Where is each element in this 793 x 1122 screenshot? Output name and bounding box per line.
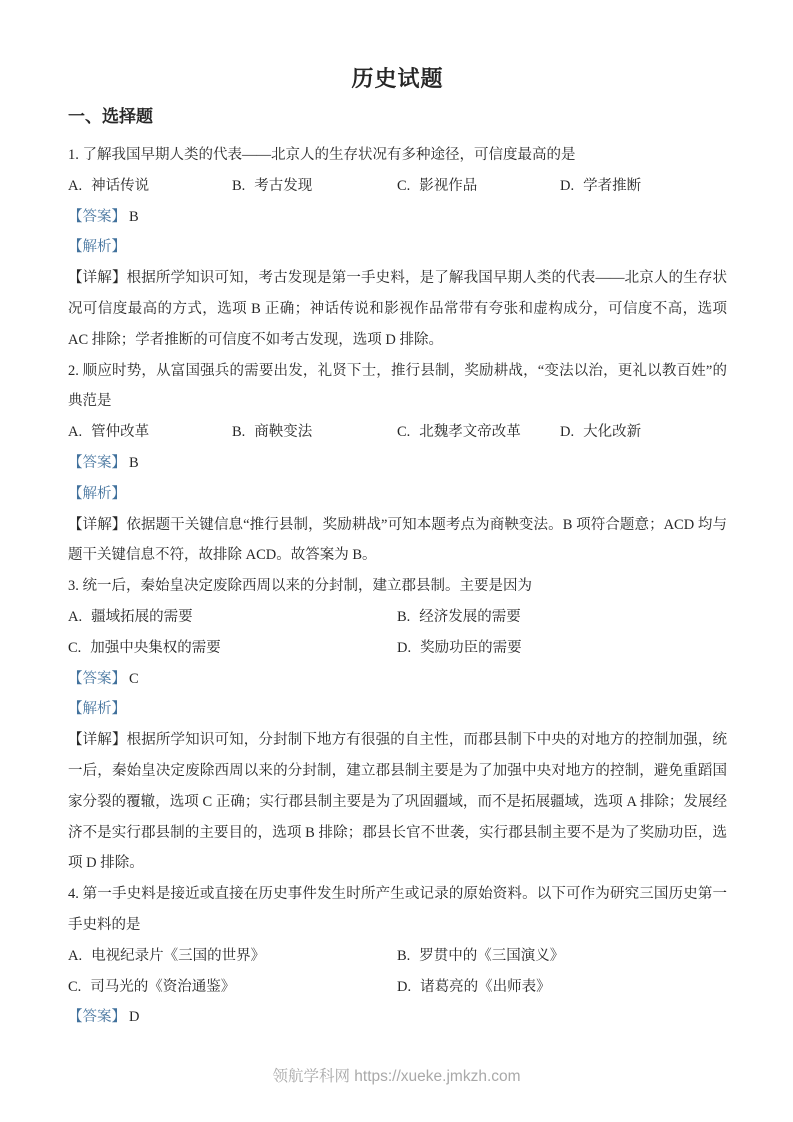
answer-label: 【答案】 [68, 671, 126, 687]
option-c: C.北魏孝文帝改革 [397, 417, 560, 448]
option-letter: A. [68, 424, 82, 440]
option-text: 影视作品 [419, 178, 477, 194]
answer-line: 【答案】B [68, 202, 727, 233]
option-text: 考古发现 [254, 178, 312, 194]
option-text: 罗贯中的《三国演义》 [419, 948, 564, 964]
option-text: 奖励功臣的需要 [420, 640, 522, 656]
option-letter: B. [232, 178, 245, 194]
answer-label: 【答案】 [68, 455, 126, 471]
question-stem: 1. 了解我国早期人类的代表——北京人的生存状况有多种途径，可信度最高的是 [68, 140, 727, 171]
question-stem: 3. 统一后，秦始皇决定废除西周以来的分封制，建立郡县制。主要是因为 [68, 571, 727, 602]
option-text: 学者推断 [583, 178, 641, 194]
option-b: B.罗贯中的《三国演义》 [397, 941, 727, 972]
option-c: C.加强中央集权的需要 [68, 633, 397, 664]
options-grid: A.电视纪录片《三国的世界》 B.罗贯中的《三国演义》 C.司马光的《资治通鉴》… [68, 941, 727, 1003]
answer-line: 【答案】B [68, 448, 727, 479]
section-heading: 一、选择题 [68, 104, 727, 130]
answer-line: 【答案】C [68, 664, 727, 695]
option-text: 电视纪录片《三国的世界》 [91, 948, 265, 964]
options-row: A.神话传说 B.考古发现 C.影视作品 D.学者推断 [68, 171, 727, 202]
option-a: A.管仲改革 [68, 417, 232, 448]
page-title: 历史试题 [68, 62, 727, 96]
detail-paragraph: 【详解】根据所学知识可知，考古发现是第一手史料，是了解我国早期人类的代表——北京… [68, 263, 727, 355]
analysis-line: 【解析】 [68, 694, 727, 725]
option-a: A.神话传说 [68, 171, 232, 202]
answer-value: D [129, 1009, 139, 1025]
analysis-label: 【解析】 [68, 239, 126, 255]
option-letter: A. [68, 948, 82, 964]
option-a: A.疆域拓展的需要 [68, 602, 397, 633]
question-block-2: 2. 顺应时势，从富国强兵的需要出发，礼贤下士，推行县制，奖励耕战，“变法以治，… [68, 356, 727, 572]
option-c: C.司马光的《资治通鉴》 [68, 972, 397, 1003]
option-letter: A. [68, 178, 82, 194]
option-letter: D. [560, 424, 574, 440]
options-row: A.管仲改革 B.商鞅变法 C.北魏孝文帝改革 D.大化改新 [68, 417, 727, 448]
answer-line: 【答案】D [68, 1002, 727, 1033]
option-letter: D. [560, 178, 574, 194]
detail-label: 【详解】 [68, 732, 127, 748]
detail-label: 【详解】 [68, 517, 126, 533]
option-b: B.商鞅变法 [232, 417, 397, 448]
answer-value: B [129, 455, 139, 471]
option-letter: B. [397, 609, 410, 625]
option-c: C.影视作品 [397, 171, 560, 202]
option-letter: C. [397, 424, 410, 440]
option-text: 北魏孝文帝改革 [419, 424, 521, 440]
option-text: 诸葛亮的《出师表》 [420, 979, 551, 995]
analysis-line: 【解析】 [68, 232, 727, 263]
option-text: 经济发展的需要 [419, 609, 521, 625]
option-text: 加强中央集权的需要 [90, 640, 221, 656]
answer-value: C [129, 671, 139, 687]
options-grid: A.疆域拓展的需要 B.经济发展的需要 C.加强中央集权的需要 D.奖励功臣的需… [68, 602, 727, 664]
option-letter: B. [397, 948, 410, 964]
option-a: A.电视纪录片《三国的世界》 [68, 941, 397, 972]
option-b: B.经济发展的需要 [397, 602, 727, 633]
question-stem: 4. 第一手史料是接近或直接在历史事件发生时所产生或记录的原始资料。以下可作为研… [68, 879, 727, 941]
option-letter: D. [397, 979, 411, 995]
detail-text: 根据所学知识可知，考古发现是第一手史料，是了解我国早期人类的代表——北京人的生存… [68, 270, 727, 348]
option-text: 疆域拓展的需要 [91, 609, 193, 625]
detail-text: 根据所学知识可知，分封制下地方有很强的自主性，而郡县制下中央的对地方的控制加强，… [68, 732, 727, 871]
analysis-label: 【解析】 [68, 701, 126, 717]
option-text: 司马光的《资治通鉴》 [90, 979, 235, 995]
question-block-4: 4. 第一手史料是接近或直接在历史事件发生时所产生或记录的原始资料。以下可作为研… [68, 879, 727, 1033]
option-text: 管仲改革 [91, 424, 149, 440]
answer-label: 【答案】 [68, 209, 126, 225]
answer-label: 【答案】 [68, 1009, 126, 1025]
option-d: D.学者推断 [560, 171, 727, 202]
analysis-label: 【解析】 [68, 486, 126, 502]
option-letter: C. [68, 979, 81, 995]
detail-label: 【详解】 [68, 270, 127, 286]
option-text: 大化改新 [583, 424, 641, 440]
option-letter: A. [68, 609, 82, 625]
option-d: D.奖励功臣的需要 [397, 633, 727, 664]
option-d: D.大化改新 [560, 417, 727, 448]
document-page: 历史试题 一、选择题 1. 了解我国早期人类的代表——北京人的生存状况有多种途径… [0, 0, 793, 1122]
question-block-3: 3. 统一后，秦始皇决定废除西周以来的分封制，建立郡县制。主要是因为 A.疆域拓… [68, 571, 727, 879]
detail-text: 依据题干关键信息“推行县制，奖励耕战”可知本题考点为商鞅变法。B 项符合题意；A… [68, 517, 727, 564]
option-d: D.诸葛亮的《出师表》 [397, 972, 727, 1003]
analysis-line: 【解析】 [68, 479, 727, 510]
detail-paragraph: 【详解】依据题干关键信息“推行县制，奖励耕战”可知本题考点为商鞅变法。B 项符合… [68, 510, 727, 572]
option-letter: C. [397, 178, 410, 194]
question-stem: 2. 顺应时势，从富国强兵的需要出发，礼贤下士，推行县制，奖励耕战，“变法以治，… [68, 356, 727, 418]
option-text: 商鞅变法 [254, 424, 312, 440]
option-letter: D. [397, 640, 411, 656]
option-letter: C. [68, 640, 81, 656]
option-b: B.考古发现 [232, 171, 397, 202]
option-letter: B. [232, 424, 245, 440]
watermark-footer: 领航学科网 https://xueke.jmkzh.com [0, 1064, 793, 1086]
answer-value: B [129, 209, 139, 225]
question-block-1: 1. 了解我国早期人类的代表——北京人的生存状况有多种途径，可信度最高的是 A.… [68, 140, 727, 356]
option-text: 神话传说 [91, 178, 149, 194]
detail-paragraph: 【详解】根据所学知识可知，分封制下地方有很强的自主性，而郡县制下中央的对地方的控… [68, 725, 727, 879]
